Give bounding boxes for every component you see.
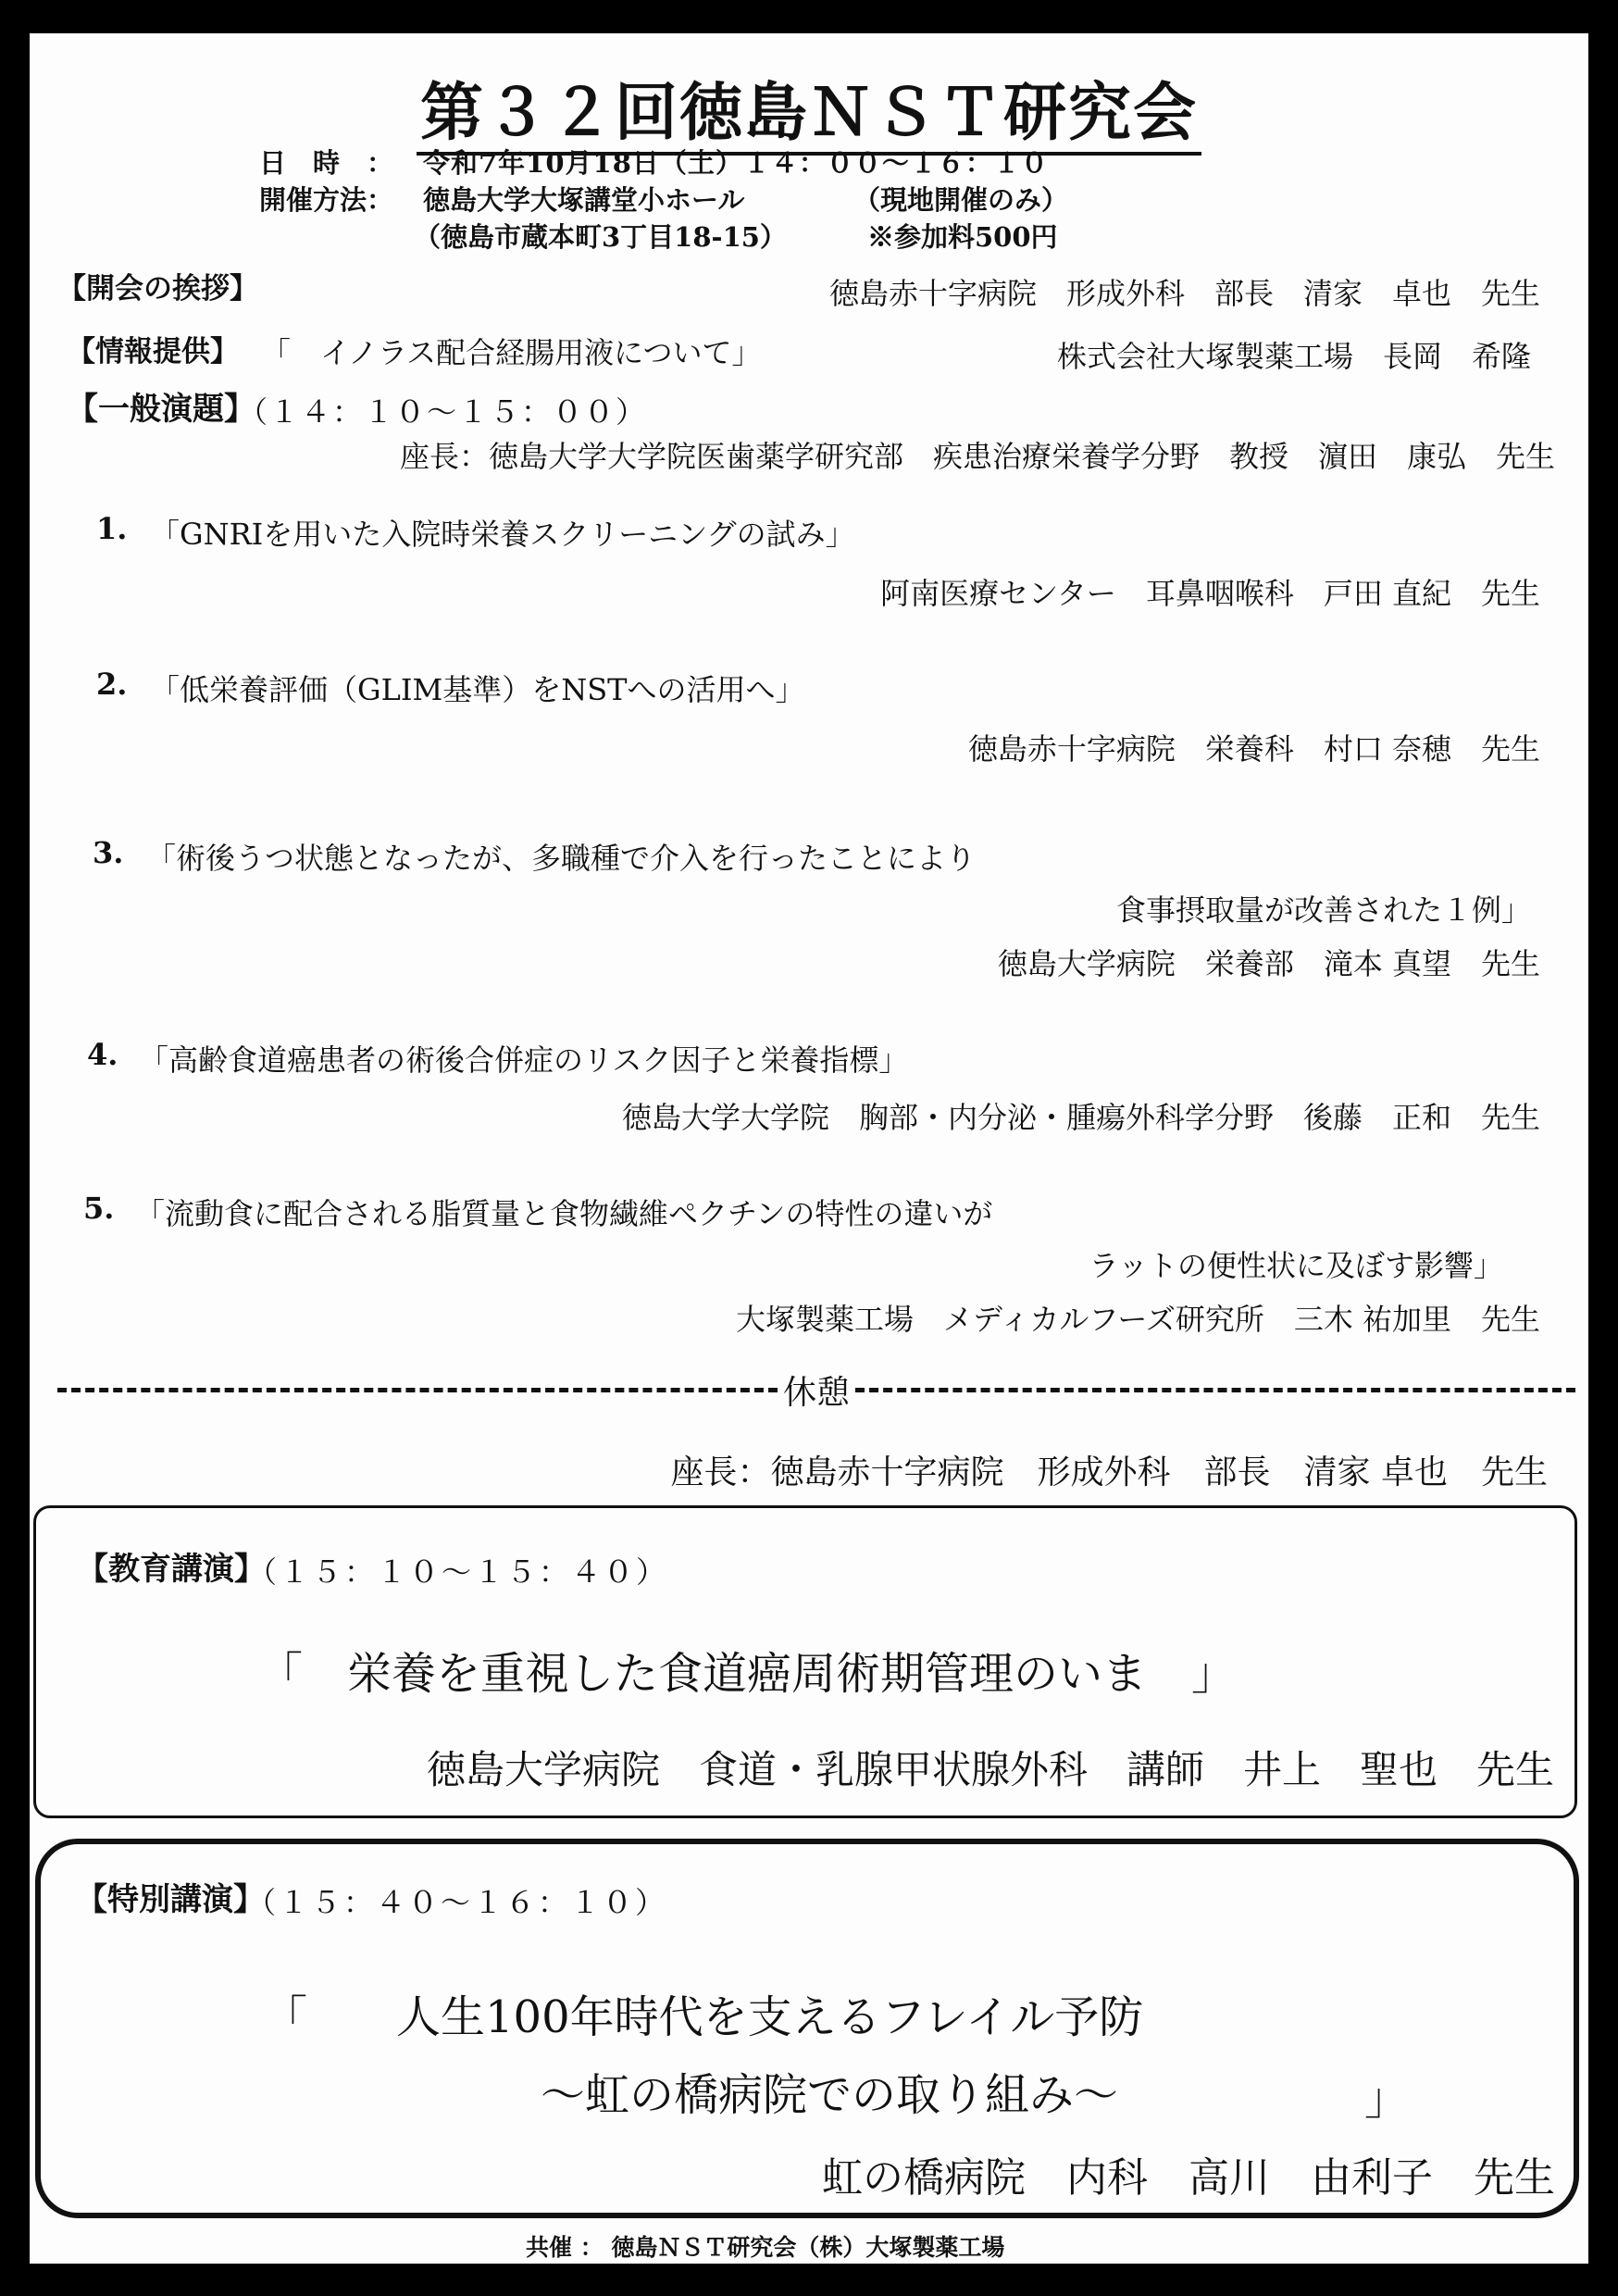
date-value: 令和7年10月18日（土）１４：００～１６：１０ [423, 143, 1049, 181]
presentation-2-title: 「低栄養評価（GLIM基準）をNSTへの活用へ」 [150, 667, 805, 709]
info-provision-speaker: 株式会社大塚製薬工場 長岡 希隆 [1057, 333, 1531, 376]
general-session-label: 【一般演題】 [67, 383, 255, 429]
info-provision-topic: 「 イノラス配合経腸用液について」 [261, 330, 761, 372]
page-title: 第３２回徳島ＮＳＴ研究会 [30, 63, 1588, 153]
educational-lecture-label: 【教育講演】 [77, 1543, 266, 1589]
presentation-5-speaker: 大塚製薬工場 メディカルフーズ研究所 三木 祐加里 先生 [736, 1296, 1540, 1339]
presentation-1-speaker: 阿南医療センター 耳鼻咽喉科 戸田 直紀 先生 [880, 570, 1540, 613]
divider-line-right [855, 1388, 1575, 1392]
venue-note: （現地開催のみ） [853, 180, 1068, 218]
date-label: 日 時 ： [259, 143, 393, 181]
presentation-1-number: 1. [96, 511, 127, 546]
presentation-3-title-line1: 「術後うつ状態となったが、多職種で介入を行ったことにより [146, 835, 976, 878]
educational-lecture-speaker: 徳島大学病院 食道・乳腺甲状腺外科 講師 井上 聖也 先生 [427, 1740, 1554, 1795]
presentation-2-number: 2. [96, 667, 127, 702]
educational-lecture-time: （１５：１０～１５：４０） [247, 1549, 668, 1591]
presentation-3-number: 3. [93, 835, 123, 870]
presentation-4-title: 「高齢食道癌患者の術後合併症のリスク因子と栄養指標」 [139, 1037, 908, 1079]
venue-address: （徳島市蔵本町3丁目18-15） [414, 217, 787, 255]
flyer-page: 第３２回徳島ＮＳＴ研究会 日 時 ： 令和7年10月18日（土）１４：００～１６… [30, 33, 1588, 2264]
presentation-3-title-line2: 食事摂取量が改善された１例」 [1116, 887, 1531, 930]
educational-lecture-box: 【教育講演】 （１５：１０～１５：４０） 「 栄養を重視した食道癌周術期管理のい… [33, 1505, 1577, 1818]
presentation-1-title: 「GNRIを用いた入院時栄養スクリーニングの試み」 [150, 511, 855, 554]
general-session-chair: 座長：徳島大学大学院医歯薬学研究部 疾患治療栄養学分野 教授 濵田 康弘 先生 [400, 433, 1555, 476]
special-lecture-time: （１５：４０～１６：１０） [246, 1879, 667, 1922]
special-lecture-box: 【特別講演】 （１５：４０～１６：１０） 「 人生100年時代を支えるフレイル予… [35, 1839, 1579, 2218]
participation-fee: ※参加料500円 [867, 217, 1058, 255]
venue-label: 開催方法： [259, 180, 393, 218]
special-lecture-label: 【特別講演】 [76, 1874, 265, 1919]
special-lecture-close-bracket: 」 [1364, 2063, 1409, 2127]
second-chair: 座長：徳島赤十字病院 形成外科 部長 清家 卓也 先生 [671, 1446, 1548, 1493]
break-label: 休憩 [778, 1366, 855, 1414]
presentation-3-speaker: 徳島大学病院 栄養部 滝本 真望 先生 [998, 941, 1540, 983]
special-lecture-topic-line2: ～虹の橋病院での取り組み～ [541, 2059, 1118, 2123]
break-divider: 休憩 [57, 1366, 1575, 1414]
educational-lecture-topic: 「 栄養を重視した食道癌周術期管理のいま 」 [258, 1638, 1236, 1702]
opening-speaker: 徳島赤十字病院 形成外科 部長 清家 卓也 先生 [829, 270, 1540, 313]
special-lecture-open-bracket: 「 [263, 1981, 307, 2045]
general-session-time: （１４：１０～１５：００） [238, 389, 647, 431]
special-lecture-topic-line1: 人生100年時代を支えるフレイル予防 [396, 1981, 1143, 2045]
cosponsor: 共催 ： 徳島ＮＳＴ研究会（株）大塚製薬工場 [526, 2229, 1004, 2263]
presentation-2-speaker: 徳島赤十字病院 栄養科 村口 奈穂 先生 [968, 726, 1540, 768]
divider-line-left [57, 1388, 778, 1392]
special-lecture-speaker: 虹の橋病院 内科 高川 由利子 先生 [822, 2144, 1555, 2203]
presentation-5-title-line1: 「流動食に配合される脂質量と食物繊維ペクチンの特性の違いが [135, 1191, 992, 1233]
presentation-5-title-line2: ラットの便性状に及ぼす影響」 [1089, 1242, 1503, 1285]
opening-label: 【開会の挨拶】 [57, 265, 258, 306]
venue-value: 徳島大学大塚講堂小ホール [423, 180, 744, 218]
info-provision-label: 【情報提供】 [67, 328, 239, 369]
presentation-5-number: 5. [83, 1191, 114, 1226]
presentation-4-number: 4. [87, 1037, 118, 1072]
presentation-4-speaker: 徳島大学大学院 胸部・内分泌・腫瘍外科学分野 後藤 正和 先生 [622, 1094, 1540, 1137]
